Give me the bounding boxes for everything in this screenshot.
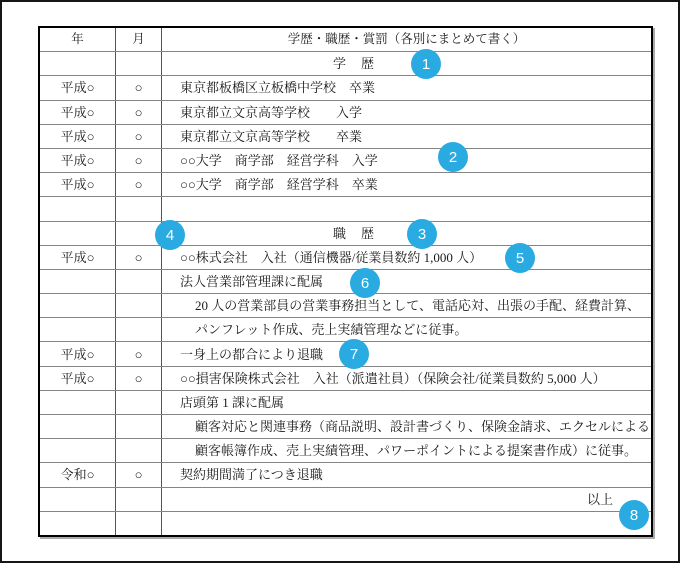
month-cell: ○ (116, 342, 162, 365)
table-header-row: 年 月 学歴・職歴・賞罰（各別にまとめて書く） (40, 28, 651, 52)
year-cell (40, 197, 116, 220)
year-cell (40, 294, 116, 317)
table-row: 平成○○東京都板橋区立板橋中学校 卒業 (40, 76, 651, 100)
annotation-badge-2: 2 (438, 142, 468, 172)
year-cell: 平成○ (40, 246, 116, 269)
month-cell: ○ (116, 246, 162, 269)
table-row: 平成○○○○損害保険株式会社 入社（派遣社員）（保険会社/従業員数約 5,000… (40, 367, 651, 391)
table-row (40, 197, 651, 221)
year-cell (40, 512, 116, 535)
year-cell: 平成○ (40, 149, 116, 172)
history-cell: 法人営業部管理課に配属 (162, 270, 651, 293)
month-cell (116, 197, 162, 220)
table-row: 職 歴 (40, 222, 651, 246)
history-cell: 一身上の都合により退職 (162, 342, 651, 365)
annotation-badge-1: 1 (411, 49, 441, 79)
annotation-badge-8: 8 (619, 500, 649, 530)
month-cell: ○ (116, 76, 162, 99)
history-cell: 東京都板橋区立板橋中学校 卒業 (162, 76, 651, 99)
month-cell (116, 439, 162, 462)
table-row: 法人営業部管理課に配属 (40, 270, 651, 294)
year-cell: 平成○ (40, 173, 116, 196)
history-cell (162, 512, 651, 535)
month-cell: ○ (116, 463, 162, 486)
annotation-badge-7: 7 (339, 339, 369, 369)
year-cell (40, 488, 116, 511)
career-history-table: 年 月 学歴・職歴・賞罰（各別にまとめて書く） 学 歴平成○○東京都板橋区立板橋… (38, 26, 653, 537)
month-cell: ○ (116, 125, 162, 148)
annotation-badge-6: 6 (350, 268, 380, 298)
history-cell (162, 197, 651, 220)
month-cell (116, 488, 162, 511)
table-row: 令和○○契約期間満了につき退職 (40, 463, 651, 487)
month-cell (116, 294, 162, 317)
month-cell (116, 512, 162, 535)
history-cell: パンフレット作成、売上実績管理などに従事。 (162, 318, 651, 341)
table-row: 店頭第 1 課に配属 (40, 391, 651, 415)
history-cell: ○○大学 商学部 経営学科 卒業 (162, 173, 651, 196)
table-row: 20 人の営業部員の営業事務担当として、電話応対、出張の手配、経費計算、 (40, 294, 651, 318)
history-cell: 20 人の営業部員の営業事務担当として、電話応対、出張の手配、経費計算、 (162, 294, 651, 317)
history-cell: 契約期間満了につき退職 (162, 463, 651, 486)
annotation-badge-5: 5 (505, 243, 535, 273)
year-cell (40, 222, 116, 245)
table-row: 平成○○○○株式会社 入社（通信機器/従業員数約 1,000 人） (40, 246, 651, 270)
year-cell: 平成○ (40, 76, 116, 99)
annotation-badge-3: 3 (407, 219, 437, 249)
table-row: パンフレット作成、売上実績管理などに従事。 (40, 318, 651, 342)
month-cell (116, 318, 162, 341)
history-cell: ○○損害保険株式会社 入社（派遣社員）（保険会社/従業員数約 5,000 人） (162, 367, 651, 390)
year-cell (40, 415, 116, 438)
table-row: 平成○○○○大学 商学部 経営学科 入学 (40, 149, 651, 173)
history-cell: 顧客対応と関連事務（商品説明、設計書づくり、保険金請求、エクセルによる (162, 415, 651, 438)
history-column-header: 学歴・職歴・賞罰（各別にまとめて書く） (162, 28, 651, 51)
year-cell (40, 52, 116, 75)
history-cell: ○○株式会社 入社（通信機器/従業員数約 1,000 人） (162, 246, 651, 269)
annotation-badge-4: 4 (155, 220, 185, 250)
table-row: 顧客対応と関連事務（商品説明、設計書づくり、保険金請求、エクセルによる (40, 415, 651, 439)
history-cell: 学 歴 (162, 52, 651, 75)
history-cell: 以上 (162, 488, 651, 511)
month-cell: ○ (116, 367, 162, 390)
table-row: 顧客帳簿作成、売上実績管理、パワーポイントによる提案書作成）に従事。 (40, 439, 651, 463)
history-cell: 顧客帳簿作成、売上実績管理、パワーポイントによる提案書作成）に従事。 (162, 439, 651, 462)
year-cell (40, 318, 116, 341)
year-cell: 令和○ (40, 463, 116, 486)
table-row: 平成○○東京都立文京高等学校 卒業 (40, 125, 651, 149)
resume-document: 年 月 学歴・職歴・賞罰（各別にまとめて書く） 学 歴平成○○東京都板橋区立板橋… (0, 0, 680, 563)
history-cell: 店頭第 1 課に配属 (162, 391, 651, 414)
year-cell: 平成○ (40, 125, 116, 148)
month-column-header: 月 (116, 28, 162, 51)
table-row: 以上 (40, 488, 651, 512)
table-row (40, 512, 651, 535)
history-cell: ○○大学 商学部 経営学科 入学 (162, 149, 651, 172)
year-cell (40, 439, 116, 462)
year-column-header: 年 (40, 28, 116, 51)
year-cell (40, 270, 116, 293)
month-cell (116, 415, 162, 438)
year-cell (40, 391, 116, 414)
table-row: 学 歴 (40, 52, 651, 76)
month-cell: ○ (116, 101, 162, 124)
month-cell: ○ (116, 149, 162, 172)
month-cell (116, 391, 162, 414)
month-cell: ○ (116, 173, 162, 196)
month-cell (116, 270, 162, 293)
year-cell: 平成○ (40, 342, 116, 365)
year-cell: 平成○ (40, 367, 116, 390)
month-cell (116, 52, 162, 75)
table-row: 平成○○東京都立文京高等学校 入学 (40, 101, 651, 125)
table-row: 平成○○○○大学 商学部 経営学科 卒業 (40, 173, 651, 197)
history-cell: 東京都立文京高等学校 入学 (162, 101, 651, 124)
history-cell: 東京都立文京高等学校 卒業 (162, 125, 651, 148)
year-cell: 平成○ (40, 101, 116, 124)
